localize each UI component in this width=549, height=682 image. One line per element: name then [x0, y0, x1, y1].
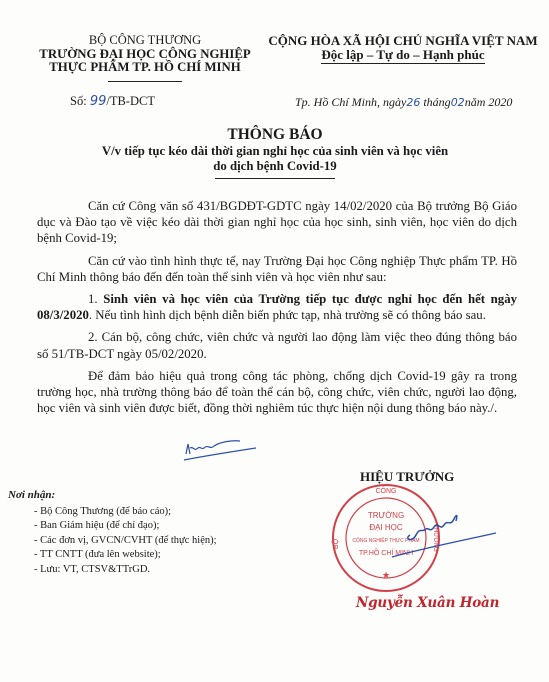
recipient-item: - Bộ Công Thương (để báo cáo); [34, 505, 217, 520]
school-name-line2: THỰC PHẨM TP. HỒ CHÍ MINH [20, 61, 270, 75]
initials-scribble-icon [180, 436, 260, 466]
recipient-item: - Các đơn vị, GVCN/CVHT (để thực hiện); [34, 534, 217, 549]
notice-subject-line1: V/v tiếp tục kéo dài thời gian nghỉ học … [40, 144, 510, 159]
notice-body: Căn cứ Công văn số 431/BGDĐT-GDTC ngày 1… [37, 198, 517, 422]
date-prefix: Tp. Hồ Chí Minh, ngày [295, 95, 406, 109]
ministry-name: BỘ CÔNG THƯƠNG [20, 34, 270, 48]
republic-name: CỘNG HÒA XÃ HỘI CHỦ NGHĨA VIỆT NAM [258, 34, 548, 48]
handwritten-signature-icon [390, 505, 500, 565]
doc-number-suffix: /TB-DCT [106, 94, 155, 108]
national-motto: Độc lập – Tự do – Hạnh phúc [321, 48, 484, 64]
document-number: Số: 99/TB-DCT [70, 94, 155, 109]
national-header: CỘNG HÒA XÃ HỘI CHỦ NGHĨA VIỆT NAM Độc l… [258, 34, 548, 64]
date-year: năm 2020 [465, 95, 513, 109]
signatory-name: Nguyễn Xuân Hoàn [356, 595, 499, 611]
recipients-list: - Bộ Công Thương (để báo cáo); - Ban Giá… [8, 505, 217, 578]
header-left-divider [108, 81, 182, 82]
item-1: 1. Sinh viên và học viên của Trường tiếp… [37, 291, 517, 323]
recipient-item: - Ban Giám hiệu (để chỉ đạo); [34, 519, 217, 534]
notice-heading: THÔNG BÁO [40, 126, 510, 144]
issuing-authority: BỘ CÔNG THƯƠNG TRƯỜNG ĐẠI HỌC CÔNG NGHIỆ… [20, 34, 270, 82]
date-month: 02 [451, 96, 465, 109]
paragraph-basis-1: Căn cứ Công văn số 431/BGDĐT-GDTC ngày 1… [37, 198, 517, 247]
item-2: 2. Cán bộ, công chức, viên chức và người… [37, 329, 517, 361]
doc-number-prefix: Số: [70, 94, 87, 108]
item-1-number: 1. [88, 292, 98, 306]
recipient-item: - TT CNTT (đưa lên website); [34, 548, 217, 563]
date-day: 26 [406, 96, 420, 109]
svg-text:★: ★ [382, 570, 390, 580]
svg-text:BỘ: BỘ [331, 538, 340, 549]
school-name-line1: TRƯỜNG ĐẠI HỌC CÔNG NGHIỆP [20, 48, 270, 62]
paragraph-basis-2: Căn cứ vào tình hình thực tế, nay Trường… [37, 253, 517, 285]
svg-text:CÔNG: CÔNG [376, 486, 397, 495]
date-line: Tp. Hồ Chí Minh, ngày26 tháng02năm 2020 [295, 95, 512, 110]
doc-number-handwritten: 99 [90, 94, 107, 109]
paragraph-closing: Để đảm bảo hiệu quả trong công tác phòng… [37, 368, 517, 417]
recipient-item: - Lưu: VT, CTSV&TTrGD. [34, 563, 217, 578]
recipients-label: Nơi nhận: [8, 488, 217, 503]
title-divider [215, 178, 335, 179]
item-1-rest: . Nếu tình hình dịch bệnh diễn biến phức… [89, 308, 486, 322]
date-month-label: tháng [423, 95, 450, 109]
recipients-block: Nơi nhận: - Bộ Công Thương (để báo cáo);… [8, 488, 217, 577]
notice-subject-line2: do dịch bệnh Covid-19 [40, 159, 510, 174]
notice-title-block: THÔNG BÁO V/v tiếp tục kéo dài thời gian… [40, 126, 510, 179]
